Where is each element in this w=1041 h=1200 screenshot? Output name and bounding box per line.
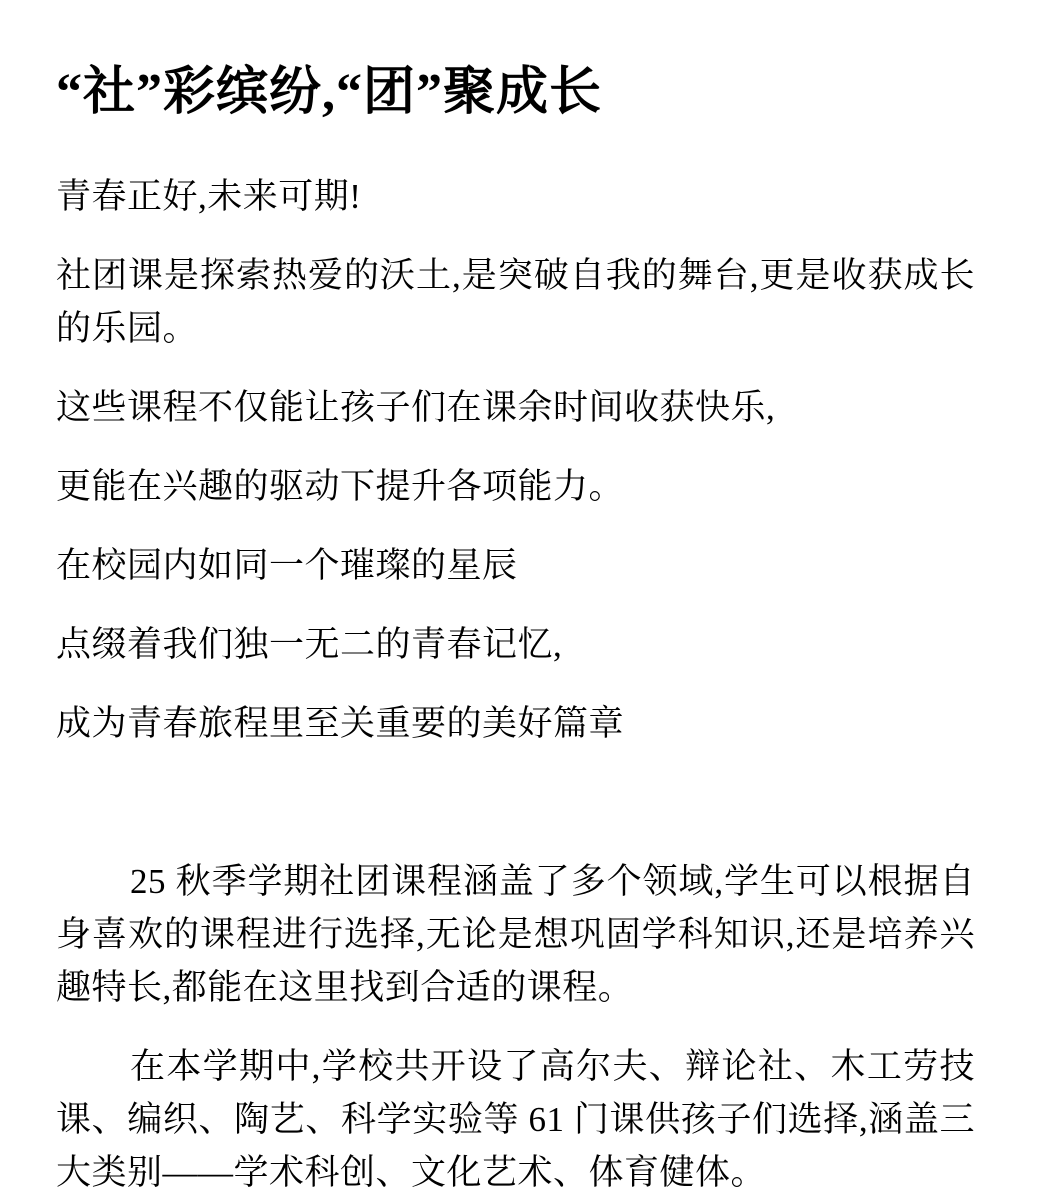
paragraph: 25 秋季学期社团课程涵盖了多个领域,学生可以根据自身喜欢的课程进行选择,无论是… [56,855,975,1014]
paragraph: 这些课程不仅能让孩子们在课余时间收获快乐, [56,381,975,434]
paragraph: 成为青春旅程里至关重要的美好篇章 [56,697,975,750]
paragraph: 青春正好,未来可期! [56,170,975,223]
paragraph: 在校园内如同一个璀璨的星辰 [56,539,975,592]
document-title: “社”彩缤纷,“团”聚成长 [56,62,975,124]
paragraph: 社团课是探索热爱的沃土,是突破自我的舞台,更是收获成长的乐园。 [56,249,975,355]
empty-line [56,776,975,829]
document-page: “社”彩缤纷,“团”聚成长 青春正好,未来可期! 社团课是探索热爱的沃土,是突破… [0,0,1041,1200]
paragraph: 更能在兴趣的驱动下提升各项能力。 [56,460,975,513]
paragraph: 在本学期中,学校共开设了高尔夫、辩论社、木工劳技课、编织、陶艺、科学实验等 61… [56,1040,975,1199]
paragraph: 点缀着我们独一无二的青春记忆, [56,618,975,671]
